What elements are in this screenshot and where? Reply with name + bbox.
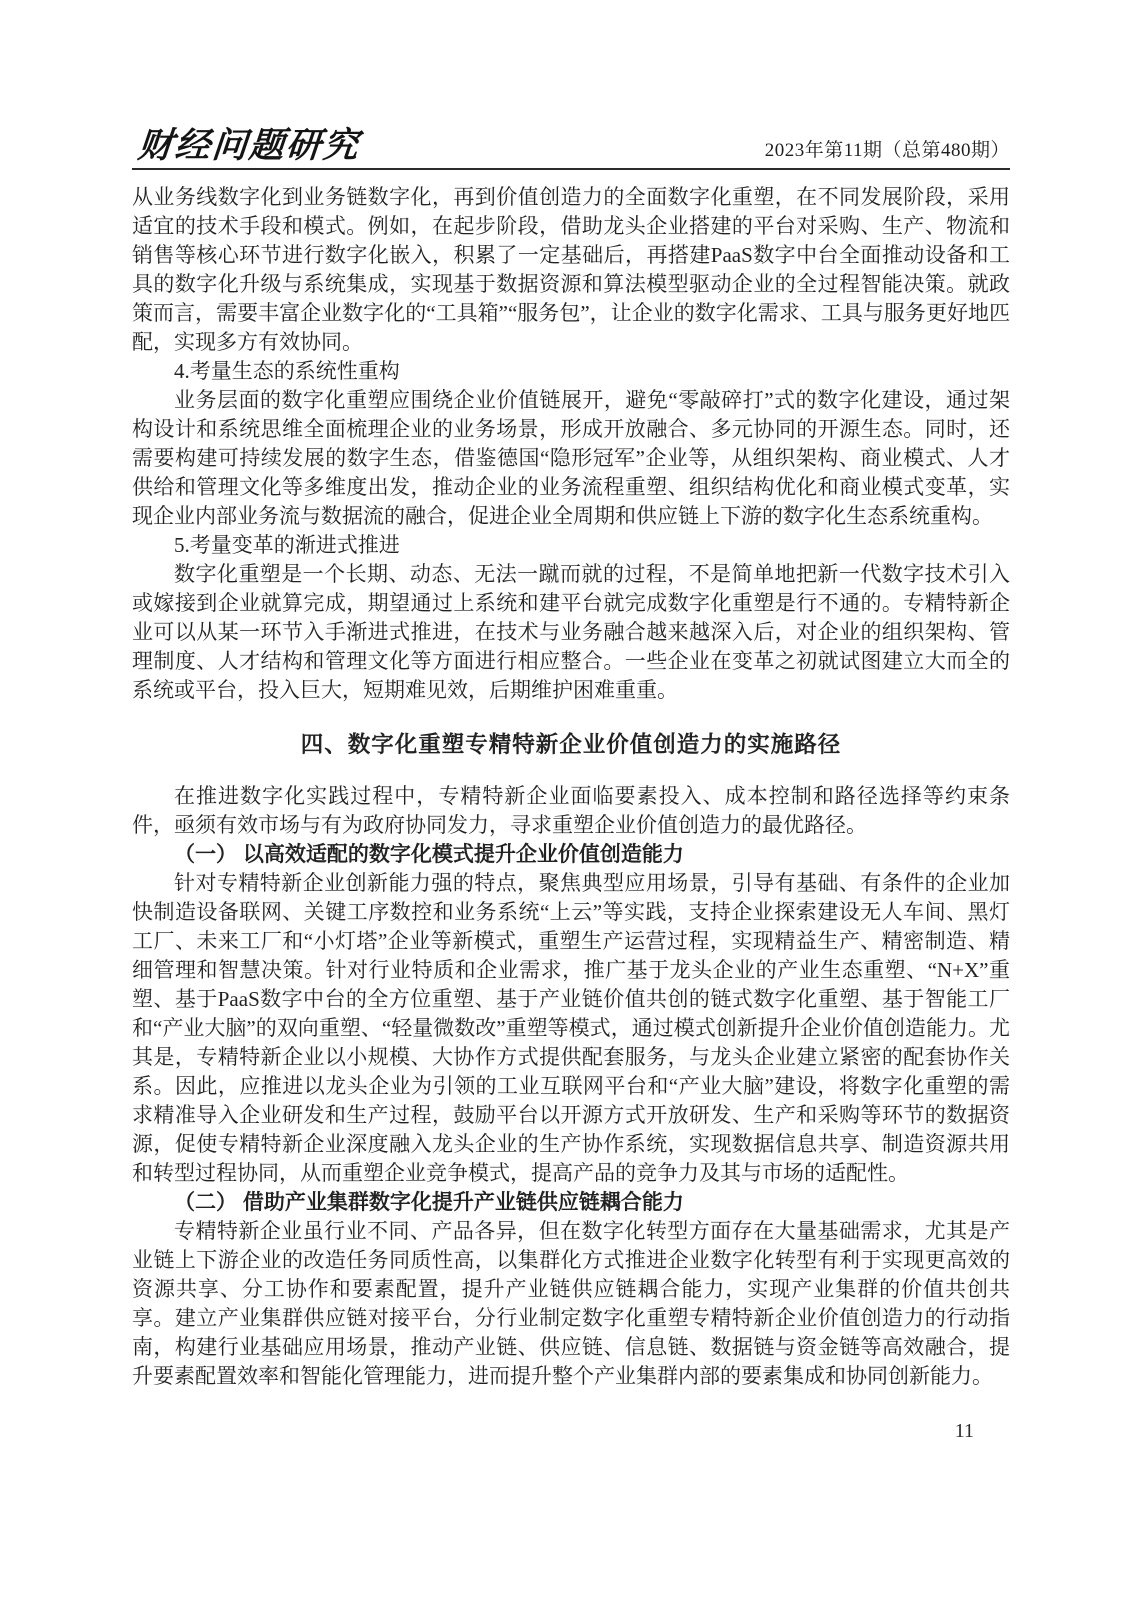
subsection-heading: （二） 借助产业集群数字化提升产业链供应链耦合能力 [132, 1188, 1010, 1217]
page-content: 财经问题研究 2023年第11期（总第480期） 从业务线数字化到业务链数字化，… [132, 128, 1010, 1391]
page-number: 11 [955, 1420, 974, 1443]
body-paragraph: 从业务线数字化到业务链数字化，再到价值创造力的全面数字化重塑，在不同发展阶段，采… [132, 183, 1010, 357]
subsection-heading: （一） 以高效适配的数字化模式提升企业价值创造能力 [132, 840, 1010, 869]
numbered-subhead: 5.考量变革的渐进式推进 [132, 531, 1010, 560]
issue-info: 2023年第11期（总第480期） [765, 140, 1010, 163]
body-paragraph: 业务层面的数字化重塑应围绕企业价值链展开，避免“零敲碎打”式的数字化建设，通过架… [132, 386, 1010, 531]
section-heading: 四、数字化重塑专精特新企业价值创造力的实施路径 [132, 730, 1010, 759]
journal-logo: 财经问题研究 [130, 128, 361, 163]
article-body: 从业务线数字化到业务链数字化，再到价值创造力的全面数字化重塑，在不同发展阶段，采… [132, 170, 1010, 1391]
page-header: 财经问题研究 2023年第11期（总第480期） [132, 128, 1010, 170]
numbered-subhead: 4.考量生态的系统性重构 [132, 357, 1010, 386]
body-paragraph: 在推进数字化实践过程中，专精特新企业面临要素投入、成本控制和路径选择等约束条件，… [132, 782, 1010, 840]
body-paragraph: 专精特新企业虽行业不同、产品各异，但在数字化转型方面存在大量基础需求，尤其是产业… [132, 1217, 1010, 1391]
body-paragraph: 针对专精特新企业创新能力强的特点，聚焦典型应用场景，引导有基础、有条件的企业加快… [132, 869, 1010, 1188]
journal-page: 财经问题研究 2023年第11期（总第480期） 从业务线数字化到业务链数字化，… [0, 0, 1140, 1600]
body-paragraph: 数字化重塑是一个长期、动态、无法一蹴而就的过程，不是简单地把新一代数字技术引入或… [132, 560, 1010, 705]
